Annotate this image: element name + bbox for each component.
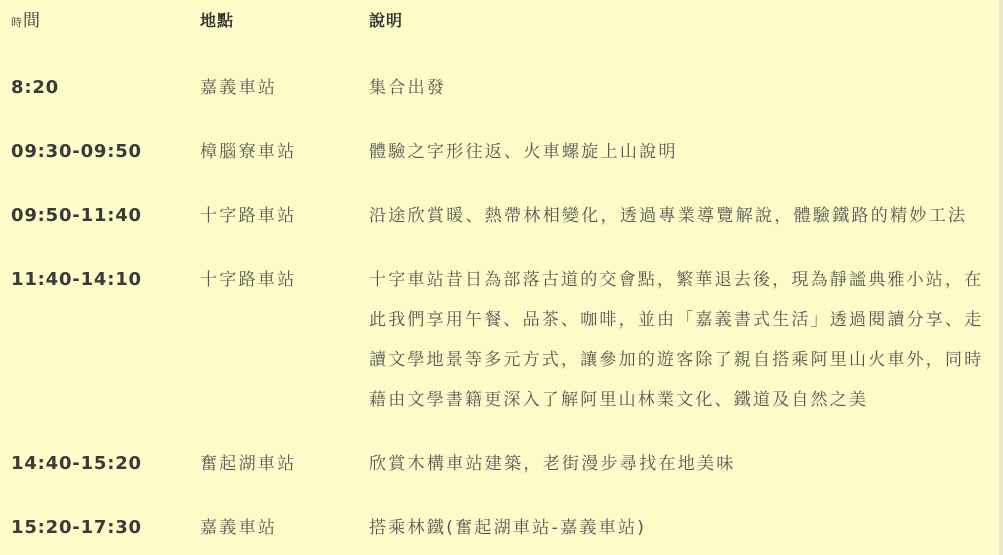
row-description: 搭乘林鐵(奮起湖車站-嘉義車站) [369, 516, 985, 540]
row-description: 集合出發 [369, 76, 985, 100]
row-time: 14:40-15:20 [11, 452, 191, 476]
page: 時間 地點 說明 8:20 嘉義車站 集合出發 09:30-09:50 樟腦寮車… [0, 0, 999, 555]
row-location: 十字路車站 [200, 204, 360, 228]
row-time: 09:30-09:50 [11, 140, 191, 164]
header-description: 說明 [369, 9, 985, 33]
header-time-part1: 時 [11, 16, 23, 29]
header-location: 地點 [200, 9, 360, 33]
row-time: 8:20 [11, 76, 191, 100]
row-description: 沿途欣賞暖、熱帶林相變化，透過專業導覽解說，體驗鐵路的精妙工法 [369, 204, 985, 228]
row-location: 樟腦寮車站 [200, 140, 360, 164]
row-description: 欣賞木構車站建築，老街漫步尋找在地美味 [369, 452, 985, 476]
header-time-part2: 間 [23, 11, 41, 31]
header-time: 時間 [11, 9, 191, 35]
page-edge-strip [999, 0, 1003, 555]
row-location: 嘉義車站 [200, 76, 360, 100]
row-location: 十字路車站 [200, 268, 360, 292]
row-location: 奮起湖車站 [200, 452, 360, 476]
row-location: 嘉義車站 [200, 516, 360, 540]
row-time: 11:40-14:10 [11, 268, 191, 292]
row-time: 09:50-11:40 [11, 204, 191, 228]
row-description: 十字車站昔日為部落古道的交會點，繁華退去後，現為靜謐典雅小站，在此我們享用午餐、… [369, 260, 985, 420]
row-time: 15:20-17:30 [11, 516, 191, 540]
row-description: 體驗之字形往返、火車螺旋上山說明 [369, 140, 985, 164]
